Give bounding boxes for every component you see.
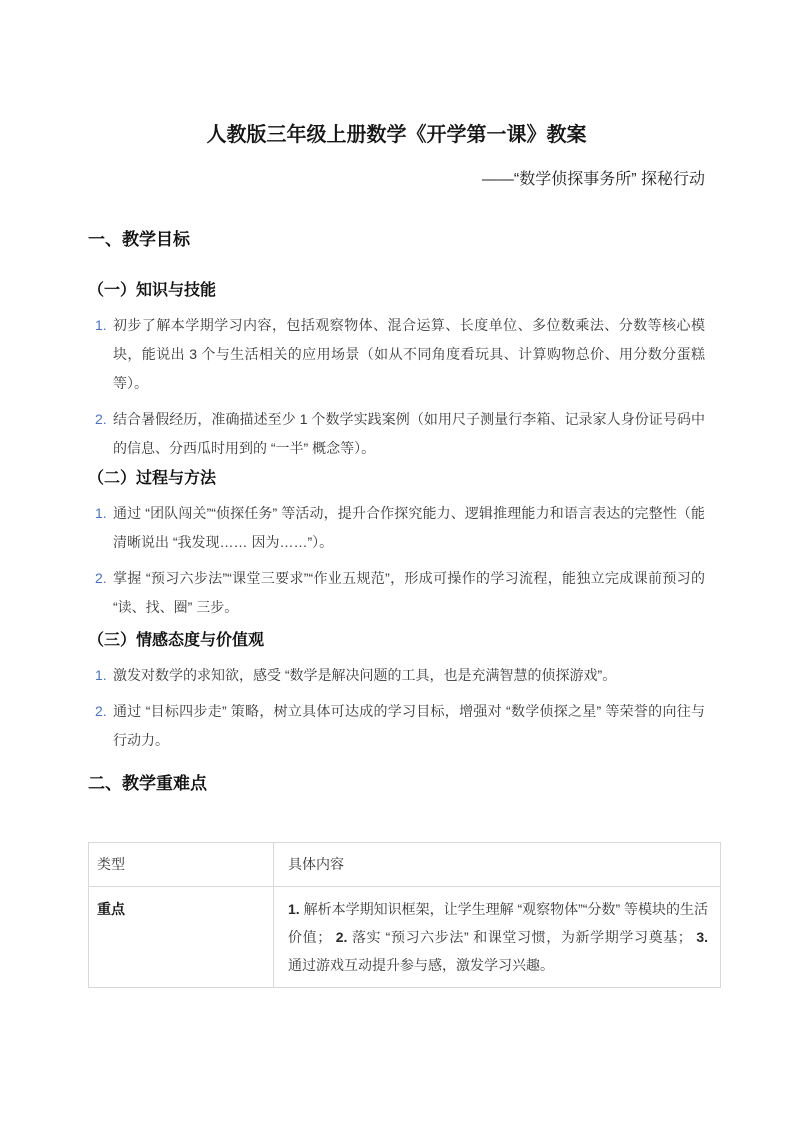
subsection-heading-knowledge-skills: （一）知识与技能 [88, 279, 705, 303]
list-knowledge-skills: 1. 初步了解本学期学习内容，包括观察物体、混合运算、长度单位、多位数乘法、分数… [88, 311, 705, 463]
table-cell-type: 重点 [89, 887, 274, 988]
list-item: 1. 激发对数学的求知欲，感受 “数学是解决问题的工具，也是充满智慧的侦探游戏”… [88, 661, 705, 690]
table-cell-content: 1. 解析本学期知识框架，让学生理解 “观察物体”“分数” 等模块的生活价值； … [274, 887, 721, 988]
list-item-number: 1. [95, 499, 113, 528]
list-item-number: 1. [95, 311, 113, 340]
section-heading-key-difficult-points: 二、教学重难点 [88, 771, 705, 797]
list-item-number: 2. [95, 697, 113, 726]
list-item: 2. 掌握 “预习六步法”“课堂三要求”“作业五规范”，形成可操作的学习流程，能… [88, 564, 705, 622]
table-row-key-point: 重点 1. 解析本学期知识框架，让学生理解 “观察物体”“分数” 等模块的生活价… [89, 887, 721, 988]
subsection-heading-attitude-values: （三）情感态度与价值观 [88, 629, 705, 653]
table-header-row: 类型 具体内容 [89, 843, 721, 887]
list-item-number: 2. [95, 405, 113, 434]
seq-text: 落实 “预习六步法” 和课堂习惯，为新学期学习奠基； [347, 929, 696, 945]
list-item-text: 通过 “团队闯关”“侦探任务” 等活动，提升合作探究能力、逻辑推理能力和语言表达… [113, 499, 705, 557]
list-item-number: 1. [95, 661, 113, 690]
table-header-content: 具体内容 [274, 843, 721, 887]
list-item: 2. 结合暑假经历，准确描述至少 1 个数学实践案例（如用尺子测量行李箱、记录家… [88, 405, 705, 463]
list-item-text: 激发对数学的求知欲，感受 “数学是解决问题的工具，也是充满智慧的侦探游戏”。 [113, 661, 705, 690]
doc-title: 人教版三年级上册数学《开学第一课》教案 [88, 121, 705, 149]
list-item-text: 初步了解本学期学习内容，包括观察物体、混合运算、长度单位、多位数乘法、分数等核心… [113, 311, 705, 398]
subsection-heading-process-methods: （二）过程与方法 [88, 467, 705, 491]
row-label: 重点 [97, 901, 125, 917]
table-header-type: 类型 [89, 843, 274, 887]
list-item: 1. 通过 “团队闯关”“侦探任务” 等活动，提升合作探究能力、逻辑推理能力和语… [88, 499, 705, 557]
document-page: 人教版三年级上册数学《开学第一课》教案 ——“数学侦探事务所” 探秘行动 一、教… [0, 0, 793, 1122]
doc-subtitle: ——“数学侦探事务所” 探秘行动 [88, 167, 705, 193]
list-item-number: 2. [95, 564, 113, 593]
seq-text: 通过游戏互动提升参与感，激发学习兴趣。 [288, 957, 554, 973]
section-heading-teaching-objectives: 一、教学目标 [88, 227, 705, 253]
list-item-text: 通过 “目标四步走” 策略，树立具体可达成的学习目标，增强对 “数学侦探之星” … [113, 697, 705, 755]
seq-number: 1. [288, 901, 300, 917]
seq-number: 2. [336, 929, 348, 945]
list-item-text: 掌握 “预习六步法”“课堂三要求”“作业五规范”，形成可操作的学习流程，能独立完… [113, 564, 705, 622]
list-item-text: 结合暑假经历，准确描述至少 1 个数学实践案例（如用尺子测量行李箱、记录家人身份… [113, 405, 705, 463]
seq-number: 3. [696, 929, 708, 945]
key-points-table: 类型 具体内容 重点 1. 解析本学期知识框架，让学生理解 “观察物体”“分数”… [88, 842, 721, 988]
list-process-methods: 1. 通过 “团队闯关”“侦探任务” 等活动，提升合作探究能力、逻辑推理能力和语… [88, 499, 705, 622]
list-item: 2. 通过 “目标四步走” 策略，树立具体可达成的学习目标，增强对 “数学侦探之… [88, 697, 705, 755]
list-attitude-values: 1. 激发对数学的求知欲，感受 “数学是解决问题的工具，也是充满智慧的侦探游戏”… [88, 661, 705, 755]
list-item: 1. 初步了解本学期学习内容，包括观察物体、混合运算、长度单位、多位数乘法、分数… [88, 311, 705, 398]
